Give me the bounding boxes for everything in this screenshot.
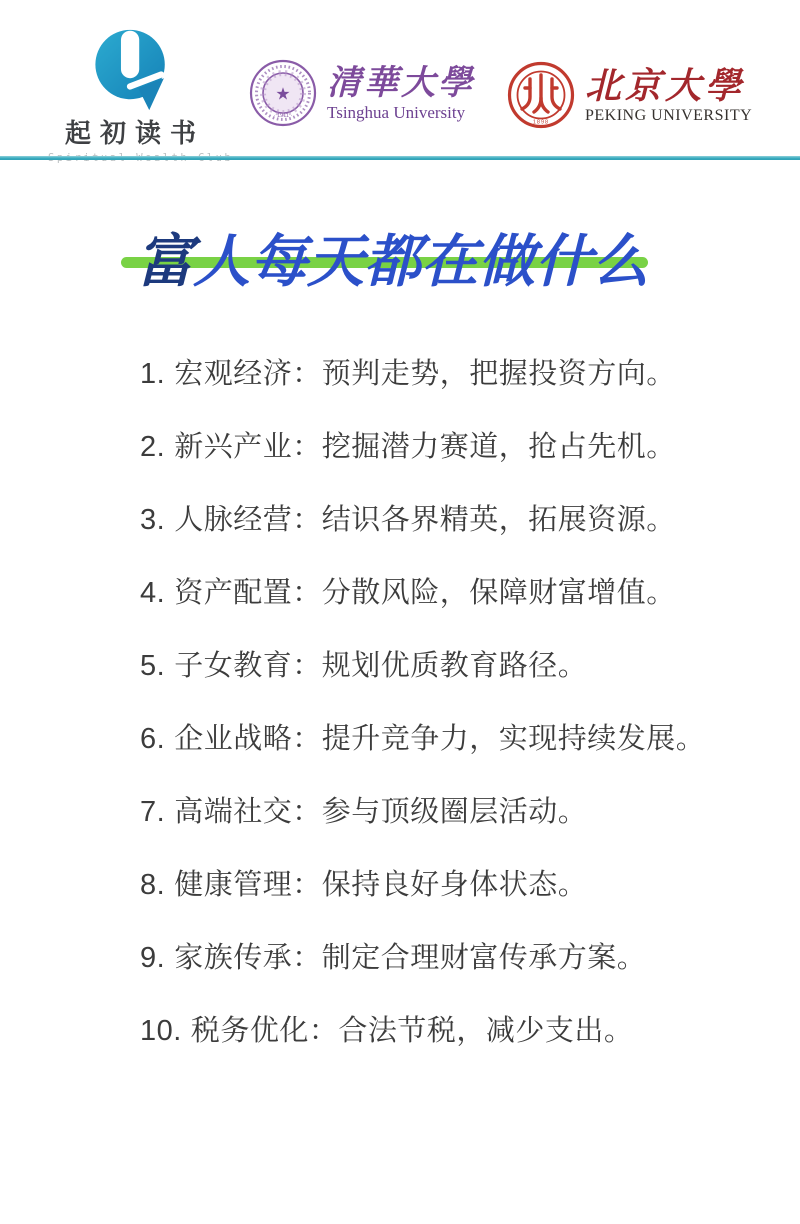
list-item-5: 5.子女教育：规划优质教育路径。 [140,652,705,681]
header: 起初读书 Spiritual Wealth Club ★ · 1911 · 清華… [0,0,800,158]
item-text: 子女教育：规划优质教育路径。 [174,650,587,682]
peking-seal-year: 1898 [533,120,549,126]
item-text: 新兴产业：挖掘潜力赛道，抢占先机。 [174,431,676,463]
list-item-2: 2.新兴产业：挖掘潜力赛道，抢占先机。 [140,433,705,462]
peking-logo: 1898 北京大學 PEKING UNIVERSITY [506,60,752,130]
list-item-4: 4.资产配置：分散风险，保障财富增值。 [140,579,705,608]
page-title: 富人每天都在做什么 [0,224,800,314]
item-text: 健康管理：保持良好身体状态。 [174,869,587,901]
svg-text:· 1911 ·: · 1911 · [274,113,293,119]
item-text: 企业战略：提升竞争力，实现持续发展。 [174,723,705,755]
item-number: 6. [140,723,165,755]
item-text: 宏观经济：预判走势，把握投资方向。 [174,358,676,390]
item-text: 家族传承：制定合理财富传承方案。 [174,942,646,974]
item-number: 8. [140,869,165,901]
header-divider-line [0,156,800,160]
tsinghua-seal-icon: ★ · 1911 · [248,58,318,128]
item-number: 9. [140,942,165,974]
list-item-7: 7.高端社交：参与顶级圈层活动。 [140,798,705,827]
item-number: 3. [140,504,165,536]
poster-page: 起初读书 Spiritual Wealth Club ★ · 1911 · 清華… [0,0,800,1224]
tsinghua-name-en: Tsinghua University [327,103,475,123]
q-logo-icon [91,28,171,112]
tsinghua-logo: ★ · 1911 · 清華大學 Tsinghua University [248,58,475,128]
svg-text:★: ★ [275,85,290,104]
brand-logo: 起初读书 Spiritual Wealth Club [48,28,213,164]
list-item-1: 1.宏观经济：预判走势，把握投资方向。 [140,360,705,389]
list-item-10: 10.税务优化：合法节税，减少支出。 [140,1017,705,1046]
peking-name-cn: 北京大學 [585,65,752,106]
item-number: 10. [140,1015,182,1047]
title-text: 富人每天都在做什么 [136,224,649,301]
list-item-3: 3.人脉经营：结识各界精英，拓展资源。 [140,506,705,535]
title-first-char: 富 [136,230,193,294]
item-number: 2. [140,431,165,463]
habit-list: 1.宏观经济：预判走势，把握投资方向。 2.新兴产业：挖掘潜力赛道，抢占先机。 … [140,360,705,1090]
list-item-9: 9.家族传承：制定合理财富传承方案。 [140,944,705,973]
item-text: 资产配置：分散风险，保障财富增值。 [174,577,676,609]
item-text: 高端社交：参与顶级圈层活动。 [174,796,587,828]
brand-name: 起初读书 [48,113,213,150]
item-text: 人脉经营：结识各界精英，拓展资源。 [174,504,676,536]
list-item-8: 8.健康管理：保持良好身体状态。 [140,871,705,900]
tsinghua-name-cn: 清華大學 [327,63,475,104]
peking-seal-icon: 1898 [506,60,576,130]
item-number: 1. [140,358,165,390]
peking-name-en: PEKING UNIVERSITY [585,107,752,125]
item-number: 7. [140,796,165,828]
list-item-6: 6.企业战略：提升竞争力，实现持续发展。 [140,725,705,754]
item-number: 4. [140,577,165,609]
item-number: 5. [140,650,165,682]
item-text: 税务优化：合法节税，减少支出。 [191,1015,634,1047]
title-rest: 人每天都在做什么 [193,230,649,294]
